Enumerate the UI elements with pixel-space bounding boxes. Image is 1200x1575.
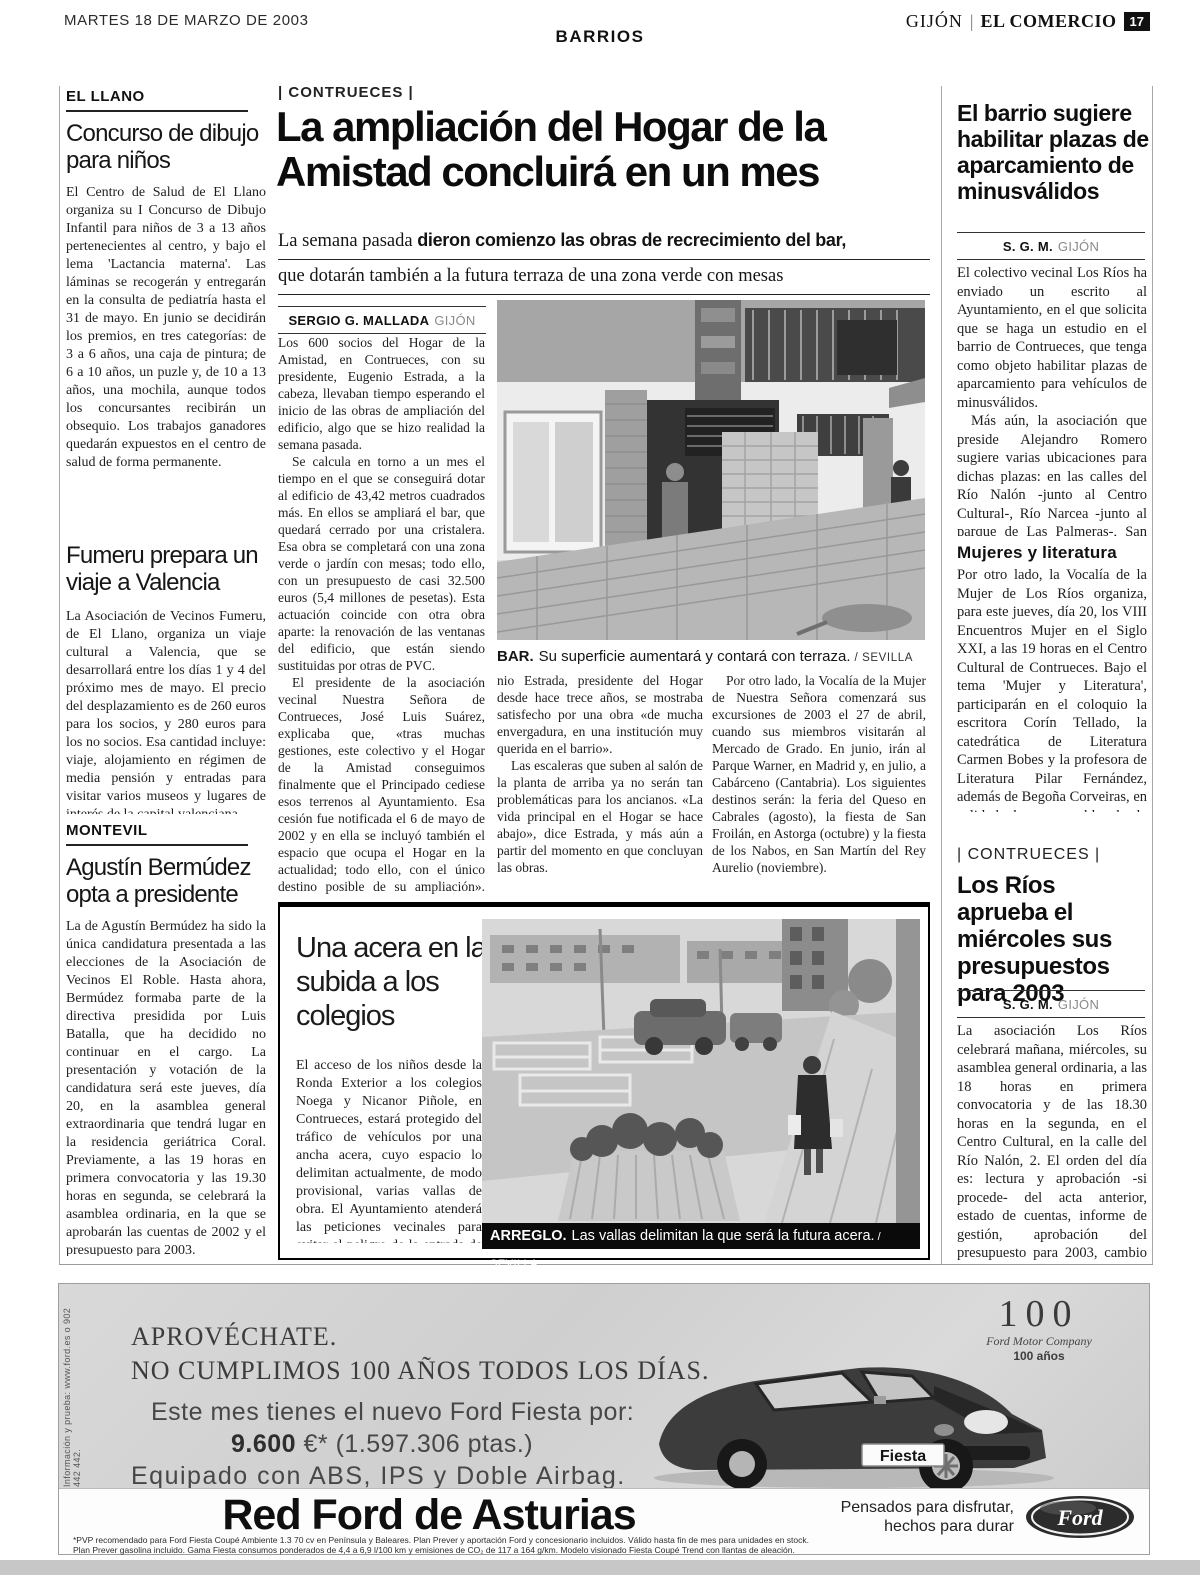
- left-column-rule: [59, 86, 60, 1264]
- fineprint-line2: Plan Prever gasolina incluido. Gama Fies…: [73, 1546, 1073, 1556]
- paragraph: Se calcula en torno a un mes el tiempo e…: [278, 453, 485, 674]
- byline-place: GIJÓN: [1058, 239, 1099, 254]
- paragraph: El Centro de Salud de El Llano organiza …: [66, 184, 266, 472]
- paragraph: La de Agustín Bermúdez ha sido la única …: [66, 918, 266, 1256]
- headline-concurso: Concurso de dibujo para niños: [66, 120, 268, 174]
- bottom-rule: [59, 1264, 1153, 1265]
- boxed-headline: Una acera en la subida a los colegios: [296, 931, 488, 1033]
- right-article2-body: La asociación Los Ríos celebrará mañana,…: [957, 1022, 1147, 1260]
- slogan-line1: Pensados para disfrutar,: [834, 1498, 1014, 1517]
- main-headline: La ampliación del Hogar de la Amistad co…: [276, 104, 938, 194]
- ford-fiesta-car: Fiesta: [634, 1326, 1074, 1491]
- right-headline-2: Los Ríos aprueba el miércoles sus presup…: [957, 872, 1151, 1007]
- right-headline-1: El barrio sugiere habilitar plazas de ap…: [957, 100, 1151, 204]
- construction-photo: [497, 300, 925, 640]
- paragraph: Los 600 socios del Hogar de la Amistad, …: [278, 334, 485, 453]
- masthead-paper: EL COMERCIO: [981, 11, 1117, 32]
- kicker-montevil: MONTEVIL: [66, 822, 248, 846]
- dealer-name: Red Ford de Asturias: [139, 1491, 719, 1540]
- paragraph: Más aún, la asociación que preside Aleja…: [957, 412, 1147, 536]
- byline-place: GIJÓN: [434, 313, 475, 328]
- ford-advertisement: Información y prueba: www.ford.es o 902 …: [58, 1283, 1150, 1555]
- standfirst-bold: dieron comienzo las obras de recrecimien…: [417, 230, 846, 250]
- ad-fineprint: *PVP recomendado para Ford Fiesta Coupé …: [73, 1536, 1073, 1555]
- ad-dealer-strip: Red Ford de Asturias Pensados para disfr…: [59, 1488, 1149, 1554]
- byline-name: S. G. M.: [1003, 239, 1053, 254]
- masthead-separator: |: [970, 11, 974, 32]
- construction-photo-art: [497, 300, 925, 640]
- main-byline: SERGIO G. MALLADAGIJÓN: [278, 306, 486, 334]
- main-photo-caption: BAR.Su superficie aumentará y contará co…: [497, 648, 929, 665]
- ad-price-amount: 9.600: [231, 1430, 296, 1458]
- masthead-city: GIJÓN: [906, 11, 963, 32]
- right-byline-1: S. G. M.GIJÓN: [957, 232, 1145, 260]
- newspaper-page: MARTES 18 DE MARZO DE 2003 BARRIOS GIJÓN…: [0, 0, 1200, 1575]
- boxed-body: El acceso de los niños desde la Ronda Ex…: [296, 1057, 482, 1243]
- headline-bermudez: Agustín Bermúdez opta a presidente: [66, 854, 268, 908]
- street-photo: ARREGLO.Las vallas delimitan la que será…: [482, 919, 920, 1249]
- paragraph: El acceso de los niños desde la Ronda Ex…: [296, 1057, 482, 1243]
- paragraph: La Asociación de Vecinos Fumeru, de El L…: [66, 608, 266, 814]
- caption-lead: BAR.: [497, 648, 534, 665]
- street-photo-caption: ARREGLO.Las vallas delimitan la que será…: [482, 1223, 920, 1249]
- standfirst-line1: La semana pasada dieron comienzo las obr…: [278, 230, 930, 260]
- right-column-rule: [941, 86, 942, 1264]
- main-article-col3: Por otro lado, la Vocalía de la Mujer de…: [712, 672, 926, 894]
- ad-offer-line: Este mes tienes el nuevo Ford Fiesta por…: [151, 1398, 634, 1427]
- ad-contact-vertical-text: Información y prueba: www.ford.es o 902 …: [62, 1292, 82, 1487]
- ford-logo-text: Ford: [1056, 1505, 1103, 1530]
- ad-headline-1: APROVÉCHATE.: [131, 1322, 337, 1352]
- right-article1-body2: Por otro lado, la Vocalía de la Mujer de…: [957, 566, 1147, 812]
- paragraph: Las escaleras que suben al salón de la p…: [497, 757, 703, 876]
- right-byline-2: S. G. M.GIJÓN: [957, 990, 1145, 1018]
- byline-name: SERGIO G. MALLADA: [288, 313, 429, 328]
- ad-price: 9.600 €* (1.597.306 ptas.): [231, 1430, 533, 1459]
- photo-credit: / SEVILLA: [855, 652, 913, 664]
- article-fumeru-body: La Asociación de Vecinos Fumeru, de El L…: [66, 608, 266, 814]
- kicker-contrueces-right: | CONTRUECES |: [957, 846, 1100, 864]
- byline-place: GIJÓN: [1058, 997, 1099, 1012]
- page-bottom-edge: [0, 1560, 1200, 1575]
- standfirst-lead: La semana pasada: [278, 231, 417, 251]
- paragraph: Por otro lado, la Vocalía de la Mujer de…: [712, 672, 926, 876]
- right-article1-body: El colectivo vecinal Los Ríos ha enviado…: [957, 264, 1147, 536]
- kicker-contrueces-main: | CONTRUECES |: [278, 84, 414, 101]
- page-number-badge: 17: [1124, 12, 1150, 31]
- standfirst-line2: que dotarán también a la futura terraza …: [278, 266, 930, 295]
- kicker-el-llano: EL LLANO: [66, 88, 248, 112]
- byline-name: S. G. M.: [1003, 997, 1053, 1012]
- ad-slogan: Pensados para disfrutar, hechos para dur…: [834, 1498, 1014, 1536]
- boxed-article: Una acera en la subida a los colegios El…: [278, 902, 930, 1260]
- masthead: GIJÓN | EL COMERCIO 17: [906, 11, 1150, 32]
- main-article-col2: nio Estrada, presidente del Hogar desde …: [497, 672, 703, 894]
- page-right-rule: [1152, 86, 1153, 1264]
- street-photo-art: [482, 919, 920, 1223]
- ad-headline-2: NO CUMPLIMOS 100 AÑOS TODOS LOS DÍAS.: [131, 1356, 710, 1386]
- caption-text: Las vallas delimitan la que será la futu…: [572, 1228, 875, 1244]
- paragraph: El presidente de la asociación vecinal N…: [278, 674, 485, 896]
- ford-logo: Ford: [1024, 1494, 1136, 1540]
- caption-text: Su superficie aumentará y contará con te…: [539, 648, 851, 665]
- headline-fumeru: Fumeru prepara un viaje a Valencia: [66, 542, 268, 596]
- paragraph: La asociación Los Ríos celebrará mañana,…: [957, 1022, 1147, 1260]
- ad-price-detail: €* (1.597.306 ptas.): [296, 1430, 533, 1458]
- slogan-line2: hechos para durar: [834, 1517, 1014, 1536]
- paragraph: nio Estrada, presidente del Hogar desde …: [497, 672, 703, 757]
- article-bermudez-body: La de Agustín Bermúdez ha sido la única …: [66, 918, 266, 1256]
- paragraph: El colectivo vecinal Los Ríos ha enviado…: [957, 264, 1147, 412]
- article-concurso-body: El Centro de Salud de El Llano organiza …: [66, 184, 266, 536]
- right-subhead: Mujeres y literatura: [957, 543, 1147, 563]
- main-article-col1: Los 600 socios del Hogar de la Amistad, …: [278, 334, 485, 896]
- paragraph: Por otro lado, la Vocalía de la Mujer de…: [957, 566, 1147, 812]
- caption-lead: ARREGLO.: [490, 1228, 567, 1244]
- ad-equipment-line: Equipado con ABS, IPS y Doble Airbag.: [131, 1462, 626, 1491]
- car-badge: Fiesta: [880, 1448, 926, 1465]
